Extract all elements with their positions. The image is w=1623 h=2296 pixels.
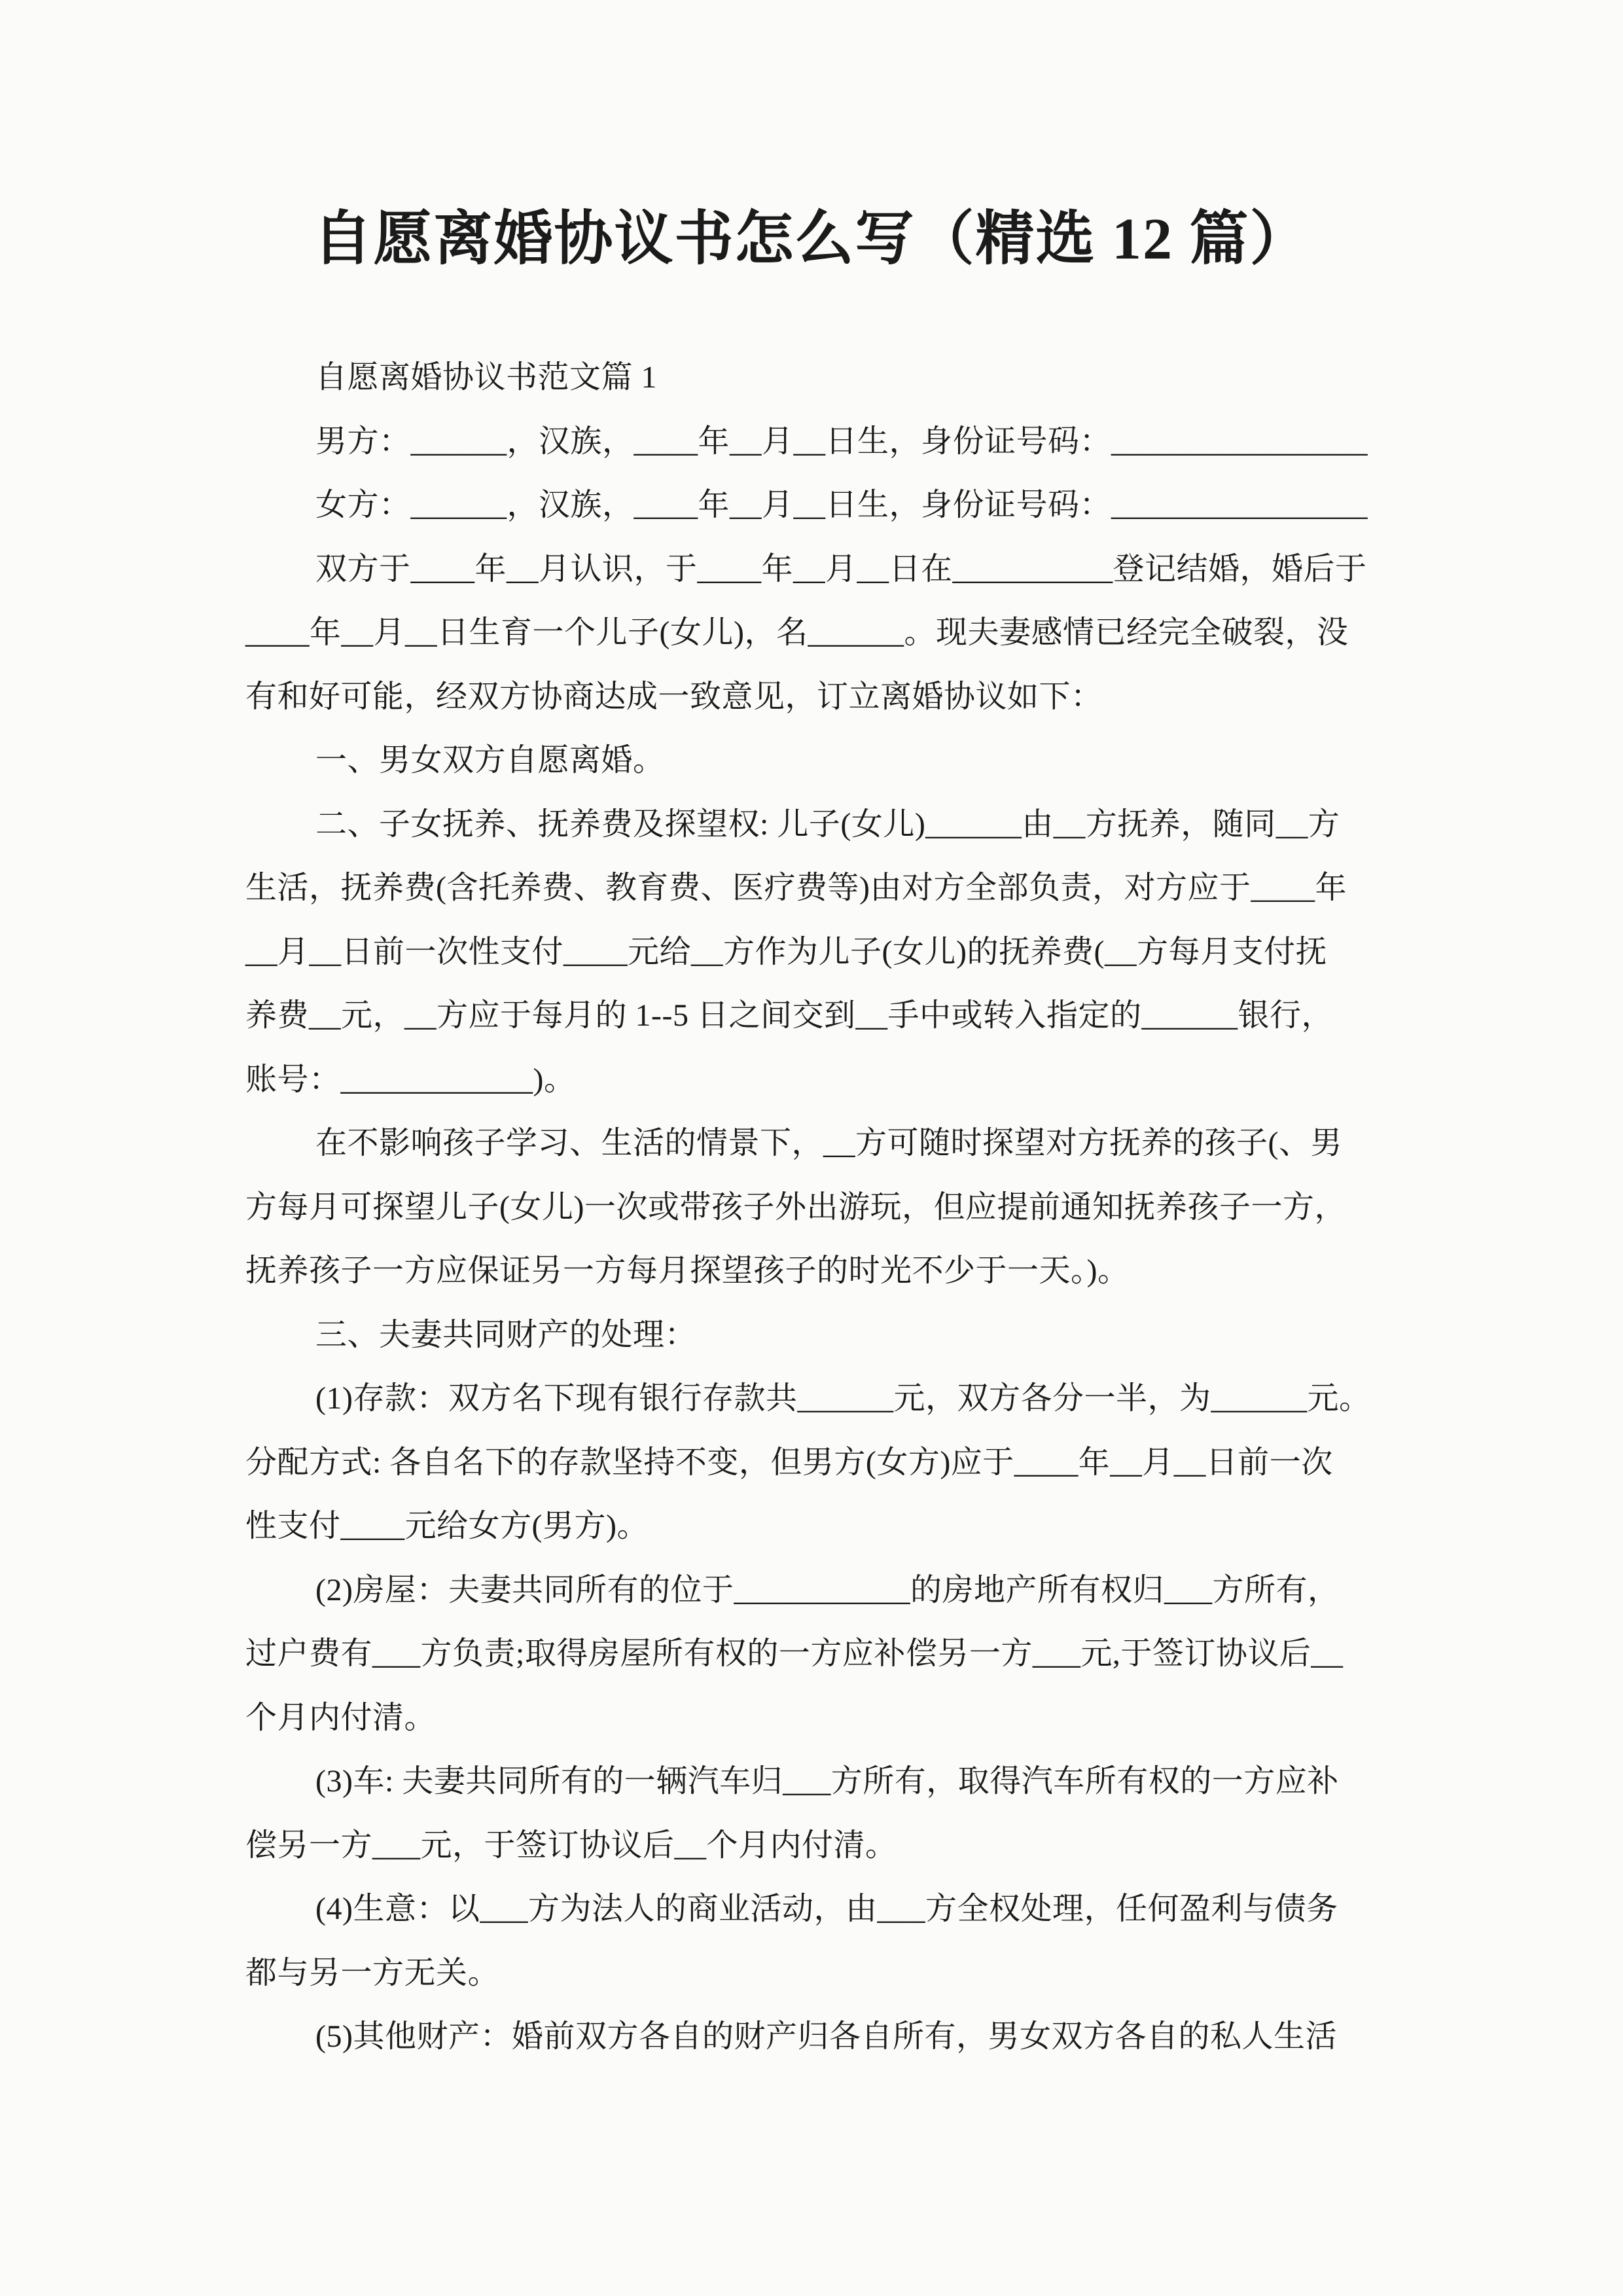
paragraph-line: (2)房屋：夫妻共同所有的位于___________的房地产所有权归___方所有… — [245, 1558, 1410, 1623]
paragraph-line: (5)其他财产：婚前双方各自的财产归各自所有，男女双方各自的私人生活 — [245, 2005, 1410, 2069]
paragraph-line: 账号：____________)。 — [245, 1048, 1410, 1112]
paragraph-line: 养费__元，__方应于每月的 1--5 日之间交到__手中或转入指定的_____… — [245, 984, 1410, 1048]
paragraph-line: (4)生意：以___方为法人的商业活动，由___方全权处理，任何盈利与债务 — [245, 1877, 1410, 1941]
paragraph-line: 三、夫妻共同财产的处理： — [245, 1303, 1410, 1367]
document-page: 自愿离婚协议书怎么写（精选 12 篇） 自愿离婚协议书范文篇 1 男方：____… — [0, 0, 1623, 2296]
paragraph-line: 在不影响孩子学习、生活的情景下，__方可随时探望对方抚养的孩子(、男 — [245, 1111, 1410, 1175]
paragraph-line: 双方于____年__月认识，于____年__月__日在__________登记结… — [245, 537, 1410, 601]
paragraph-line: 个月内付清。 — [245, 1686, 1410, 1750]
paragraph-line: 女方：______，汉族，____年__月__日生，身份证号码：________… — [245, 473, 1410, 537]
document-body: 自愿离婚协议书范文篇 1 男方：______，汉族，____年__月__日生，身… — [245, 346, 1410, 2069]
paragraph-line: 生活，抚养费(含托养费、教育费、医疗费等)由对方全部负责，对方应于____年 — [245, 856, 1410, 920]
paragraph-line: 抚养孩子一方应保证另一方每月探望孩子的时光不少于一天。)。 — [245, 1239, 1410, 1303]
paragraph-line: 性支付____元给女方(男方)。 — [245, 1494, 1410, 1558]
paragraph-line: (1)存款：双方名下现有银行存款共______元，双方各分一半，为______元… — [245, 1367, 1410, 1431]
paragraph-line: ____年__月__日生育一个儿子(女儿)，名______。现夫妻感情已经完全破… — [245, 601, 1410, 665]
paragraph-line: 分配方式: 各自名下的存款坚持不变，但男方(女方)应于____年__月__日前一… — [245, 1431, 1410, 1495]
paragraph-line: 方每月可探望儿子(女儿)一次或带孩子外出游玩，但应提前通知抚养孩子一方， — [245, 1175, 1410, 1240]
paragraph-line: 一、男女双方自愿离婚。 — [245, 728, 1410, 793]
section-heading: 自愿离婚协议书范文篇 1 — [245, 346, 1410, 410]
paragraph-line: 男方：______，汉族，____年__月__日生，身份证号码：________… — [245, 410, 1410, 474]
paragraph-line: 都与另一方无关。 — [245, 1941, 1410, 2005]
paragraph-line: 有和好可能，经双方协商达成一致意见，订立离婚协议如下： — [245, 665, 1410, 729]
paragraph-line: 过户费有___方负责;取得房屋所有权的一方应补偿另一方___元,于签订协议后__ — [245, 1622, 1410, 1686]
paragraph-line: 二、子女抚养、抚养费及探望权: 儿子(女儿)______由__方抚养，随同__方 — [245, 793, 1410, 857]
paragraph-line: __月__日前一次性支付____元给__方作为儿子(女儿)的抚养费(__方每月支… — [245, 920, 1410, 984]
page-title: 自愿离婚协议书怎么写（精选 12 篇） — [0, 200, 1623, 279]
paragraph-line: (3)车: 夫妻共同所有的一辆汽车归___方所有，取得汽车所有权的一方应补 — [245, 1749, 1410, 1814]
paragraph-line: 偿另一方___元，于签订协议后__个月内付清。 — [245, 1814, 1410, 1878]
